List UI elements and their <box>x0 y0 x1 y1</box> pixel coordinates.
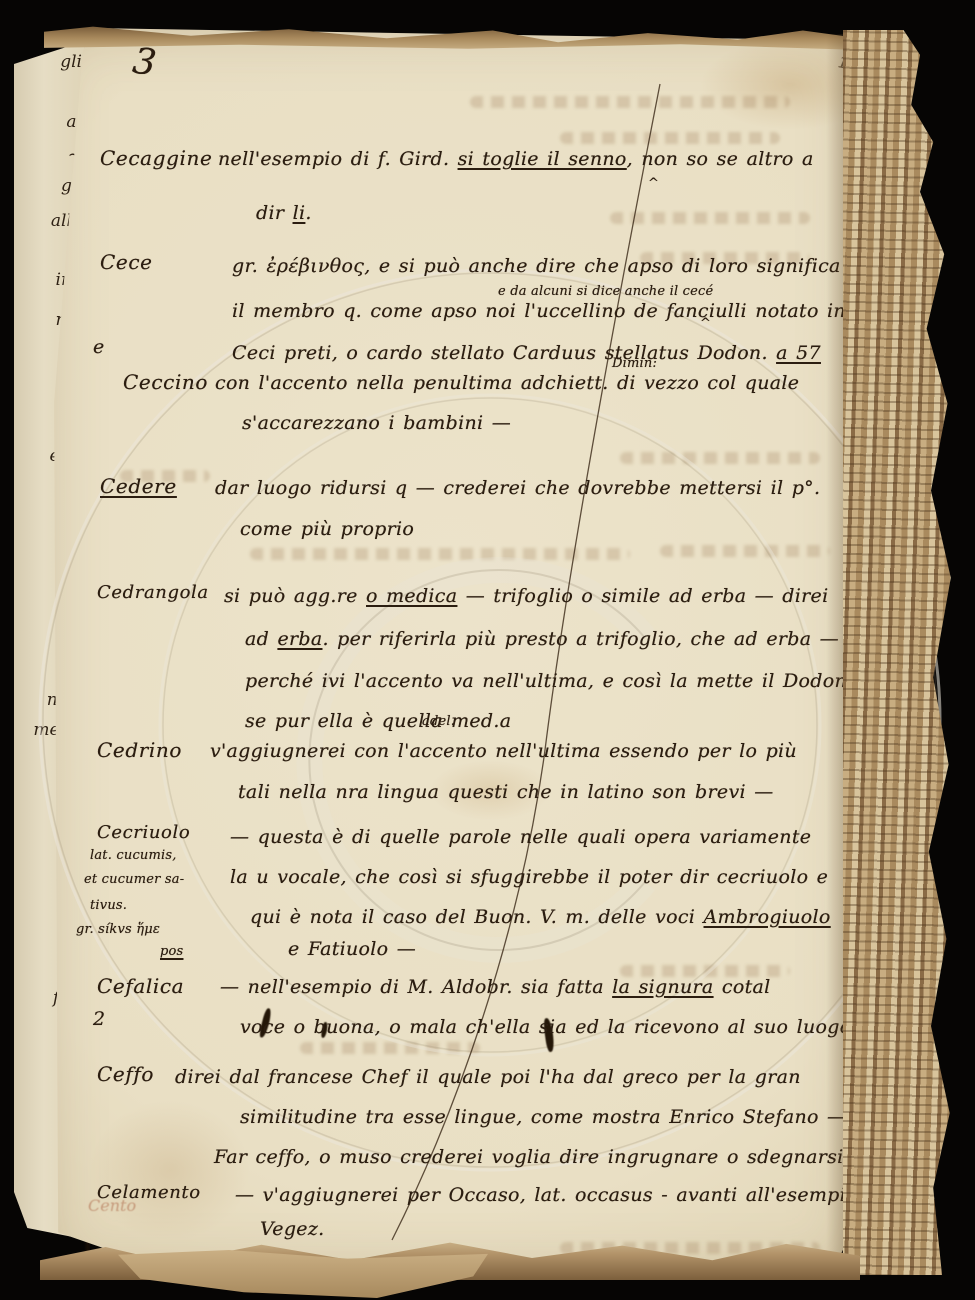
entry-line: qui è nota il caso del Buon. V. m. delle… <box>250 906 831 928</box>
entry-line: perché ivi l'accento va nell'ultima, e c… <box>245 670 877 692</box>
entry-headword: Celamento <box>97 1182 201 1203</box>
line-seg-underlined: erba <box>277 628 322 650</box>
line-seg: similitudine tra esse lingue, come mostr… <box>240 1106 846 1128</box>
line-seg: Ceci preti, o cardo stellato Carduus ste… <box>232 342 776 364</box>
entry-headword: Ceccino <box>123 370 208 394</box>
line-seg-underlined: si toglie il senno <box>458 148 627 170</box>
line-seg: ad <box>245 628 277 650</box>
line-seg: v'aggiugnerei con l'accento nell'ultima … <box>210 740 797 762</box>
prev-page-fragment: al <box>0 112 82 132</box>
line-seg: nell'esempio di f. Gird. <box>218 148 458 170</box>
entry-line: con l'accento nella penultima adchiett. … <box>215 372 799 394</box>
bleedthrough-line <box>660 545 830 557</box>
line-seg: il membro q. come apso noi l'uccellino d… <box>232 300 886 322</box>
line-seg-underlined: o medica <box>366 585 457 607</box>
line-seg: — questa è di quelle parole nelle quali … <box>230 826 811 848</box>
margin-note: e <box>93 336 105 358</box>
interline-note: adel. <box>422 714 455 729</box>
line-seg: . <box>305 202 311 224</box>
entry-line: s'accarezzano i bambini — <box>242 412 511 434</box>
line-seg: — trifoglio o simile ad erba — direi <box>457 585 828 607</box>
manuscript-photo: gli al ~ ga alle ine nel ae é — i24 nso,… <box>0 0 975 1300</box>
interline-note: e da alcuni si dice anche il cecé <box>498 284 713 299</box>
line-seg: . per riferirla più presto a trifoglio, … <box>322 628 839 650</box>
entry-line: Vegez. <box>260 1218 324 1240</box>
bleedthrough-line <box>610 212 810 224</box>
bleedthrough-line <box>560 132 780 144</box>
bleedthrough-line <box>250 548 630 560</box>
entry-line: se pur ella è quella med.a <box>245 710 511 732</box>
line-seg: — nell'esempio di M. Aldobr. sia fatta <box>220 976 612 998</box>
bleedthrough-line <box>620 452 820 464</box>
bleedthrough-line <box>300 1042 480 1054</box>
margin-note: et cucumer sa- <box>84 872 184 887</box>
prev-page-fragment: ~ <box>0 145 82 165</box>
entry-line: nell'esempio di f. Gird. si toglie il se… <box>218 148 814 170</box>
entry-line: — nell'esempio di M. Aldobr. sia fatta l… <box>220 976 771 998</box>
entry-line: tali nella nra lingua questi che in lati… <box>238 781 774 803</box>
entry-line: direi dal francese Chef il quale poi l'h… <box>175 1066 801 1088</box>
line-seg-underlined: a 57 <box>776 342 821 364</box>
entry-line: il membro q. come apso noi l'uccellino d… <box>232 300 886 322</box>
entry-line: la u vocale, che così si sfuggirebbe il … <box>230 866 828 888</box>
entry-line: — v'aggiugnerei per Occaso, lat. occasus… <box>235 1184 873 1206</box>
margin-note: tivus. <box>90 898 127 913</box>
line-seg: perché ivi l'accento va nell'ultima, e c… <box>245 670 877 692</box>
line-seg: cotal <box>714 976 771 998</box>
line-seg: direi dal francese Chef il quale poi l'h… <box>175 1066 801 1088</box>
line-seg: se pur ella è quella med.a <box>245 710 511 732</box>
margin-note: gr. síkvs ἥμε <box>76 922 160 937</box>
bleedthrough-line <box>470 96 790 108</box>
entry-line: dir li. <box>256 202 312 224</box>
line-seg-underlined: la signura <box>612 976 713 998</box>
torn-flap <box>118 1250 488 1298</box>
line-seg: — v'aggiugnerei per Occaso, lat. occasus… <box>235 1184 873 1206</box>
interline-note: Dimin: <box>612 356 657 371</box>
caret-mark: ^ <box>648 176 659 191</box>
entry-headword: Cece <box>100 250 153 274</box>
line-seg: Far ceffo, o muso crederei voglia dire i… <box>214 1146 871 1168</box>
line-seg: tali nella nra lingua questi che in lati… <box>238 781 774 803</box>
prev-page-fragment: ga <box>0 176 82 196</box>
entry-line: voce o buona, o mala ch'ella sia ed la r… <box>240 1016 858 1038</box>
margin-note: 2 <box>93 1008 105 1030</box>
entry-headword: Cedere <box>100 474 177 498</box>
entry-line: similitudine tra esse lingue, come mostr… <box>240 1106 846 1128</box>
line-seg: , non so se altro a <box>627 148 814 170</box>
margin-note: lat. cucumis, <box>90 848 177 863</box>
entry-headword: Cecriuolo <box>97 822 190 843</box>
line-seg: e Fatiuolo — <box>288 938 416 960</box>
entry-line: dar luogo ridursi q — crederei che dovre… <box>215 477 820 499</box>
line-seg: s'accarezzano i bambini — <box>242 412 511 434</box>
entry-line: e Fatiuolo — <box>288 938 416 960</box>
line-seg: qui è nota il caso del Buon. V. m. delle… <box>250 906 704 928</box>
line-seg-underlined: Ambrogiuolo <box>704 906 831 928</box>
entry-headword: Cedrino <box>97 738 182 762</box>
line-seg: si può agg.re <box>224 585 366 607</box>
entry-line: ad erba. per riferirla più presto a trif… <box>245 628 839 650</box>
entry-headword: Cedrangola <box>97 582 209 603</box>
line-seg: gr. ἐρέβινθος, e si può anche dire che a… <box>232 255 841 277</box>
line-seg: come più proprio <box>240 518 414 540</box>
entry-line: — questa è di quelle parole nelle quali … <box>230 826 811 848</box>
line-seg: la u vocale, che così si sfuggirebbe il … <box>230 866 828 888</box>
entry-line: come più proprio <box>240 518 414 540</box>
entry-line: si può agg.re o medica — trifoglio o sim… <box>224 585 828 607</box>
entry-line: Ceci preti, o cardo stellato Carduus ste… <box>232 342 821 364</box>
margin-note: pos <box>160 944 183 959</box>
entry-line: v'aggiugnerei con l'accento nell'ultima … <box>210 740 797 762</box>
line-seg: con l'accento nella penultima adchiett. … <box>215 372 799 394</box>
line-seg-underlined: li <box>293 202 306 224</box>
line-seg: Vegez. <box>260 1218 324 1240</box>
entry-headword: Cefalica <box>97 974 184 998</box>
entry-headword: Ceffo <box>97 1062 154 1086</box>
entry-line: Far ceffo, o muso crederei voglia dire i… <box>214 1146 871 1168</box>
line-seg: voce o buona, o mala ch'ella sia ed la r… <box>240 1016 858 1038</box>
deckle-edge <box>843 30 953 1275</box>
entry-headword: Cecaggine <box>100 146 212 170</box>
line-seg: dar luogo ridursi q — crederei che dovre… <box>215 477 820 499</box>
line-seg: dir <box>256 202 293 224</box>
entry-line: gr. ἐρέβινθος, e si può anche dire che a… <box>232 255 841 277</box>
prev-page-fragment: gli <box>0 52 82 72</box>
